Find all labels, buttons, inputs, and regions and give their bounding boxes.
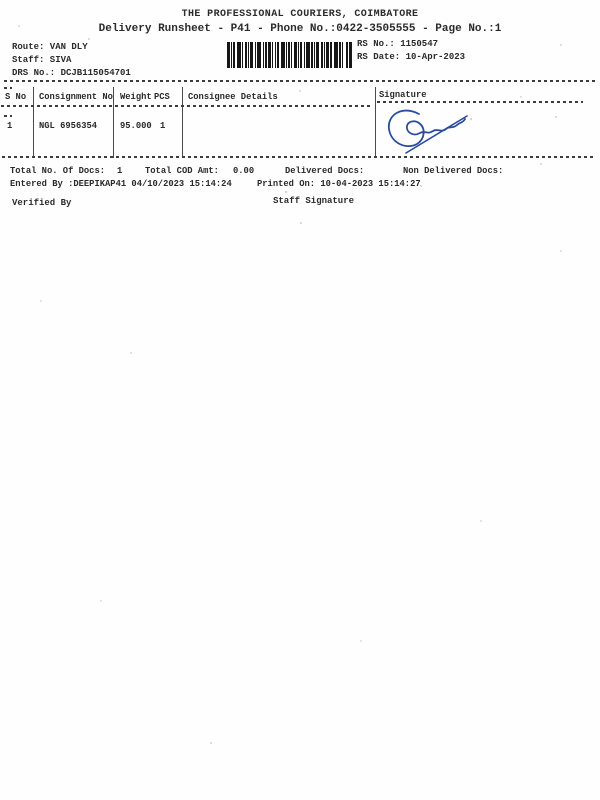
column-header-consignment-no: Consignment No: [39, 92, 113, 102]
drs-number-line: DRS No.: DCJB115054701: [12, 68, 131, 78]
total-docs-value: 1: [117, 166, 122, 176]
cell-consignment-no: NGL 6956354: [39, 121, 97, 131]
recipient-signature-ink: [375, 98, 500, 162]
margin-tick-mark: [4, 115, 12, 117]
total-cod-value: 0.00: [233, 166, 254, 176]
cell-weight: 95.000: [120, 121, 152, 131]
total-cod-label: Total COD Amt:: [145, 166, 219, 176]
table-header-underline: [1, 105, 372, 107]
rs-date-line: RS Date: 10-Apr-2023: [357, 52, 465, 62]
rs-number-line: RS No.: 1150547: [357, 39, 438, 49]
margin-tick-mark: [4, 87, 12, 89]
company-title: THE PROFESSIONAL COURIERS, COIMBATORE: [0, 9, 600, 20]
staff-signature-label: Staff Signature: [273, 196, 354, 206]
column-header-pcs: PCS: [154, 92, 170, 102]
route-line: Route: VAN DLY: [12, 42, 88, 52]
table-bottom-separator-line: [2, 156, 594, 158]
column-header-s-no: S No: [5, 92, 26, 102]
runsheet-subtitle: Delivery Runsheet - P41 - Phone No.:0422…: [0, 23, 600, 35]
printed-on-line: Printed On: 10-04-2023 15:14:27: [257, 179, 421, 189]
total-docs-label: Total No. Of Docs:: [10, 166, 105, 176]
column-header-consignee-details: Consignee Details: [188, 92, 278, 102]
delivered-docs-label: Delivered Docs:: [285, 166, 364, 176]
delivery-runsheet-document: THE PROFESSIONAL COURIERS, COIMBATORE De…: [0, 0, 600, 800]
barcode-graphic: [227, 42, 355, 68]
cell-pcs: 1: [160, 121, 165, 131]
scan-noise-specks: [0, 0, 2, 2]
table-column-divider: [113, 87, 114, 158]
table-column-divider: [33, 87, 34, 158]
entered-by-line: Entered By :DEEPIKAP41 04/10/2023 15:14:…: [10, 179, 232, 189]
column-header-weight: Weight: [120, 92, 152, 102]
non-delivered-docs-label: Non Delivered Docs:: [403, 166, 503, 176]
staff-line: Staff: SIVA: [12, 55, 71, 65]
header-separator-line: [4, 80, 598, 82]
verified-by-label: Verified By: [12, 198, 71, 208]
table-column-divider: [182, 87, 183, 158]
cell-s-no: 1: [7, 121, 12, 131]
